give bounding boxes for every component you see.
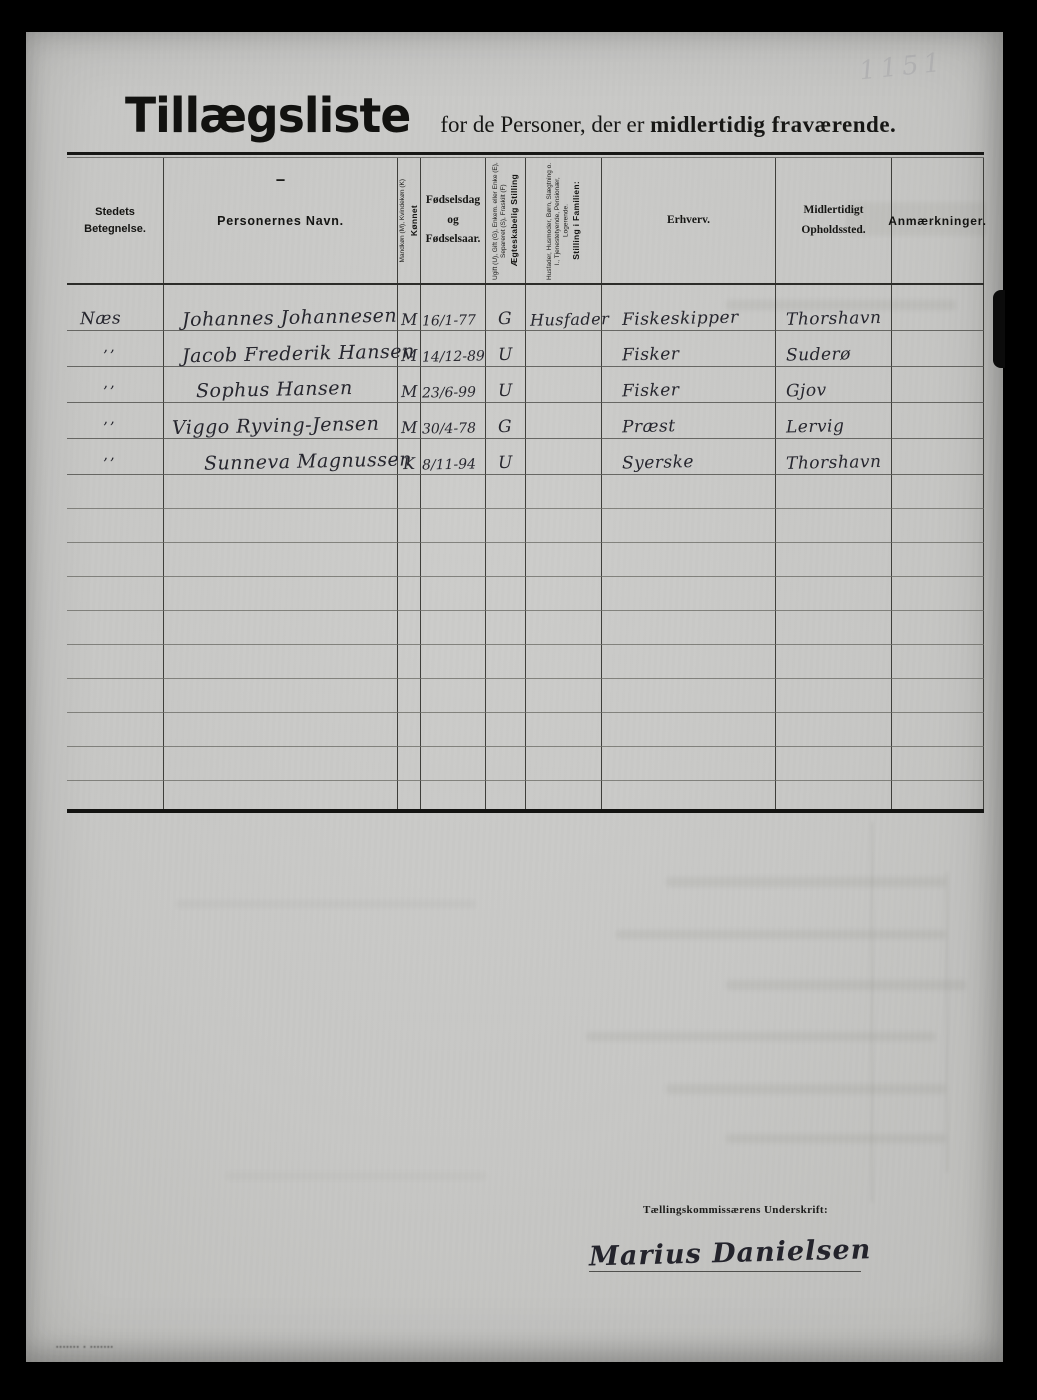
title-subtitle-bold: midlertidig fraværende. (650, 112, 896, 137)
empty-row (67, 509, 984, 543)
printer-imprint: ▪▪▪▪▪▪▪ ▪ ▪▪▪▪▪▪▪ (56, 1344, 114, 1349)
cell-sex: K (403, 454, 416, 474)
table-row: ’’ Jacob Frederik Hansen M 14/12-89 U Fi… (67, 331, 984, 367)
cell-occupation: Fiskeskipper (602, 308, 739, 332)
scan-artifact (993, 290, 1005, 368)
bleed-smudge (586, 1032, 936, 1041)
cell-place: ’’ (67, 346, 117, 366)
empty-row (67, 781, 984, 809)
census-table: Stedets Betegnelse. ‒ Personernes Navn. … (67, 152, 984, 813)
empty-row (67, 713, 984, 747)
bleed-smudge (726, 980, 966, 990)
cell-residence: Suderø (776, 344, 851, 367)
pencil-corner-mark: 1151 (858, 48, 947, 87)
header-remarks: Anmærkninger. (892, 158, 984, 283)
title-main: Tillægsliste (125, 88, 410, 144)
cell-sex: M (400, 346, 417, 366)
cell-status: U (498, 453, 513, 474)
cell-family (526, 473, 530, 474)
cell-status: G (498, 309, 513, 330)
cell-residence: Thorshavn (776, 452, 882, 475)
table-row: ’’ Sunneva Magnussen K 8/11-94 U Syerske… (67, 439, 984, 475)
table-row: ’’ Sophus Hansen M 23/6-99 U Fisker Gjov (67, 367, 984, 403)
cell-place: ’’ (67, 418, 117, 438)
cell-place: ’’ (67, 382, 117, 402)
cell-occupation: Syerske (602, 452, 694, 475)
bleed-smudge (176, 900, 476, 908)
cell-status: U (498, 345, 513, 366)
cell-birth: 14/12-89 (421, 348, 485, 366)
cell-family: Husfader (526, 309, 610, 331)
cell-name: Sophus Hansen (164, 377, 353, 404)
empty-row (67, 475, 984, 509)
empty-row (67, 611, 984, 645)
cell-birth: 16/1-77 (421, 312, 476, 330)
cell-occupation: Præst (602, 416, 676, 439)
cell-name: Viggo Ryving-Jensen (164, 413, 380, 441)
empty-row (67, 747, 984, 781)
cell-residence: Thorshavn (776, 308, 882, 331)
cell-place: Næs (67, 308, 122, 330)
paper-sheet: 1151 ▪▪▪▪▪▪▪ ▪ ▪▪▪▪▪▪▪ Tillægsliste for … (26, 32, 1003, 1362)
cell-status: U (498, 381, 513, 402)
cell-residence: Lervig (776, 416, 845, 438)
table-row: Næs Johannes Johannesen M 16/1-77 G Husf… (67, 285, 984, 331)
title-subtitle-regular: for de Personer, der er (440, 112, 644, 137)
cell-status: G (498, 417, 513, 438)
empty-row (67, 577, 984, 611)
dash-mark: ‒ (276, 172, 286, 188)
table-top-rule (67, 152, 984, 155)
cell-name: Sunneva Magnussen (164, 448, 412, 476)
page-title: Tillægsliste for de Personer, der er mid… (125, 88, 896, 144)
bleed-smudge (616, 930, 946, 939)
scanned-census-page: { "document": { "title_main": "Tillægsli… (0, 0, 1037, 1400)
signature-handwriting: Marius Danielsen (589, 1234, 862, 1272)
bleed-smudge (726, 1134, 946, 1143)
title-subtitle: for de Personer, der er midlertidig frav… (440, 112, 896, 138)
cell-occupation: Fisker (602, 380, 680, 403)
cell-birth: 30/4-78 (421, 420, 476, 438)
bleed-smudge (226, 1172, 486, 1180)
cell-residence: Gjov (776, 380, 827, 402)
cell-sex: M (400, 310, 417, 330)
header-family-position: Stilling i Familien: Husfader, Husmoder,… (526, 158, 602, 283)
cell-sex: M (400, 382, 417, 402)
signature-line: Marius Danielsen (589, 1238, 861, 1272)
bleed-line (871, 822, 873, 1202)
bleed-smudge (666, 1084, 946, 1094)
cell-birth: 8/11-94 (421, 456, 476, 474)
table-bottom-rule (67, 809, 984, 813)
cell-occupation: Fisker (602, 344, 680, 367)
cell-sex: M (400, 418, 417, 438)
header-occupation: Erhverv. (602, 158, 776, 283)
signature-label: Tællingskommissærens Underskrift: (643, 1204, 828, 1216)
header-marital-status: Ægteskabelig Stilling Ugift (U), Gift (G… (486, 158, 526, 283)
cell-family (526, 401, 530, 402)
empty-row (67, 543, 984, 577)
header-place: Stedets Betegnelse. (67, 158, 164, 283)
header-temporary-residence: Midlertidigt Opholdssted. (776, 158, 892, 283)
cell-name: Jacob Frederik Hansen (164, 340, 415, 368)
table-row: ’’ Viggo Ryving-Jensen M 30/4-78 G Præst… (67, 403, 984, 439)
empty-row (67, 645, 984, 679)
cell-place: ’’ (67, 454, 117, 474)
header-name: ‒ Personernes Navn. (164, 158, 398, 283)
cell-birth: 23/6-99 (421, 384, 476, 402)
table-header-row: Stedets Betegnelse. ‒ Personernes Navn. … (67, 158, 984, 285)
header-sex: Kønnet Mandkøn (M), Kvindekøn (K) (398, 158, 421, 283)
cell-name: Johannes Johannesen (164, 305, 398, 333)
cell-family (526, 437, 530, 438)
header-birthdate: Fødselsdag og Fødselsaar. (421, 158, 486, 283)
bleed-smudge (666, 877, 946, 887)
empty-row (67, 679, 984, 713)
bleed-line (946, 872, 948, 1172)
cell-family (526, 365, 530, 366)
